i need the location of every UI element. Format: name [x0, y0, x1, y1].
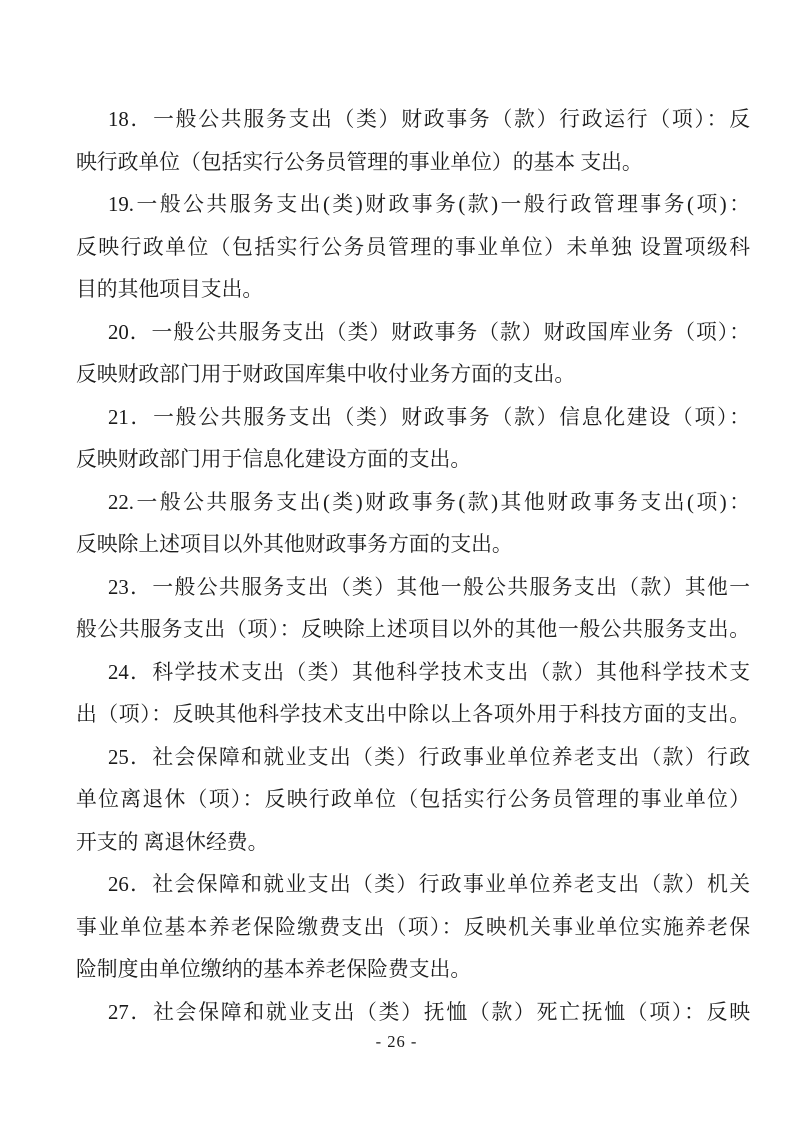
text-line: 险制度由单位缴纳的基本养老保险费支出。 — [76, 949, 750, 992]
text-line: 25．社会保障和就业支出（类）行政事业单位养老支出（款）行政 — [76, 737, 750, 780]
text-line: 映行政单位（包括实行公务员管理的事业单位）的基本 支出。 — [76, 142, 750, 185]
text-line: 23．一般公共服务支出（类）其他一般公共服务支出（款）其他一 — [76, 567, 750, 610]
text-line: 22.一般公共服务支出(类)财政事务(款)其他财政事务支出(项)： — [76, 482, 750, 525]
text-line: 反映财政部门用于财政国库集中收付业务方面的支出。 — [76, 354, 750, 397]
text-line: 26．社会保障和就业支出（类）行政事业单位养老支出（款）机关 — [76, 864, 750, 907]
text-line: 事业单位基本养老保险缴费支出（项）：反映机关事业单位实施养老保 — [76, 907, 750, 950]
text-line: 18．一般公共服务支出（类）财政事务（款）行政运行（项）：反 — [76, 99, 750, 142]
document-page: 18．一般公共服务支出（类）财政事务（款）行政运行（项）：反映行政单位（包括实行… — [0, 0, 793, 1122]
text-line: 般公共服务支出（项）：反映除上述项目以外的其他一般公共服务支出。 — [76, 609, 750, 652]
document-body: 18．一般公共服务支出（类）财政事务（款）行政运行（项）：反映行政单位（包括实行… — [76, 99, 750, 1034]
text-line: 单位离退休（项）：反映行政单位（包括实行公务员管理的事业单位） — [76, 779, 750, 822]
text-line: 出（项）：反映其他科学技术支出中除以上各项外用于科技方面的支出。 — [76, 694, 750, 737]
text-line: 19.一般公共服务支出(类)财政事务(款)一般行政管理事务(项)： — [76, 184, 750, 227]
text-line: 目的其他项目支出。 — [76, 269, 750, 312]
text-line: 反映财政部门用于信息化建设方面的支出。 — [76, 439, 750, 482]
footer-page-number: - 26 - — [0, 1032, 793, 1052]
text-line: 27．社会保障和就业支出（类）抚恤（款）死亡抚恤（项）：反映 — [76, 992, 750, 1035]
text-line: 反映除上述项目以外其他财政事务方面的支出。 — [76, 524, 750, 567]
text-line: 开支的 离退休经费。 — [76, 822, 750, 865]
text-line: 24．科学技术支出（类）其他科学技术支出（款）其他科学技术支 — [76, 652, 750, 695]
text-line: 20．一般公共服务支出（类）财政事务（款）财政国库业务（项）： — [76, 312, 750, 355]
text-line: 21．一般公共服务支出（类）财政事务（款）信息化建设（项）： — [76, 397, 750, 440]
text-line: 反映行政单位（包括实行公务员管理的事业单位）未单独 设置项级科 — [76, 227, 750, 270]
